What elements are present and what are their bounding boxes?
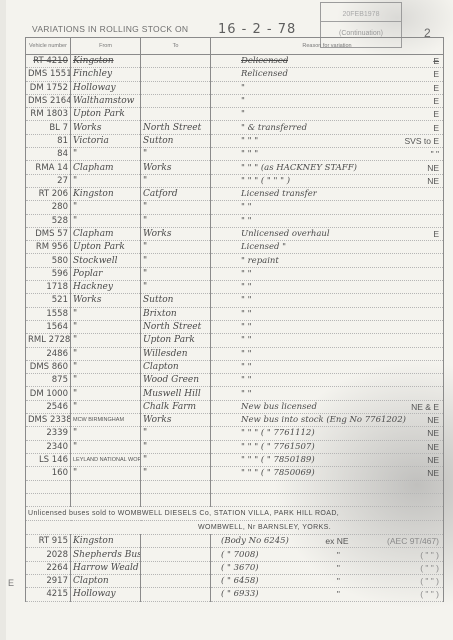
reason-text: " [213,108,245,120]
sold-bus-row: 4215Holloway( " 6933)"( " " ) [26,588,444,601]
reason-cell [211,493,444,506]
table-row: 1718Hackney"" " [26,281,444,294]
from-depot: Clapton [71,574,141,587]
area-code: ex NE [325,535,350,547]
from-depot: Finchley [71,68,141,81]
reason-cell: " " " ( " 7761112)NE [211,427,444,440]
area-code: NE [427,454,441,466]
from-depot: " [71,440,141,453]
area-code: " [337,575,342,587]
to-depot [141,94,211,107]
area-code [439,334,441,346]
reason-text: " " [213,281,252,293]
column-header-to: To [141,38,211,55]
to-depot [141,55,211,68]
reason-cell: ( " 3670)"( " " ) [211,561,444,574]
to-depot: " [141,174,211,187]
reason-text: " " " ( " " " ) [213,175,290,187]
from-depot: Clapham [71,161,141,174]
area-code: E [433,122,441,134]
from-depot: MCW BIRMINGHAM [71,414,141,427]
table-row: DM 1752Holloway"E [26,81,444,94]
reason-text: " " [213,388,252,400]
reason-text: " " " ( " 7761507) [213,441,315,453]
to-depot: Muswell Hill [141,387,211,400]
to-depot: Catford [141,187,211,200]
table-row: 596Poplar"" " [26,267,444,280]
to-depot: " [141,148,211,161]
vehicle-number [26,480,71,493]
vehicle-number: 27 [26,174,71,187]
reason-wrap: " " " (as HACKNEY STAFF)NE [213,162,441,174]
reason-text: Licensed " [213,241,286,253]
reason-text: Licensed transfer [213,188,317,200]
table-row: 280""" " [26,201,444,214]
reason-cell: DelicensedE [211,55,444,68]
reason-cell [211,480,444,493]
from-depot [71,480,141,493]
vehicle-number: RMA 14 [26,161,71,174]
to-depot [141,548,211,561]
reason-cell: New bus into stock (Eng No 7761202)NE [211,414,444,427]
from-depot: " [71,427,141,440]
to-depot [141,493,211,506]
area-code: NE [427,467,441,479]
reason-wrap: " " [213,308,441,320]
from-depot: " [71,320,141,333]
from-depot: " [71,148,141,161]
from-depot: Holloway [71,81,141,94]
reason-cell: " " [211,320,444,333]
vehicle-number: DMS 860 [26,360,71,373]
sale-note-row: WOMBWELL, Nr BARNSLEY, YORKS. [26,521,444,535]
reason-cell: " " [211,387,444,400]
from-depot: Walthamstow [71,94,141,107]
from-depot: " [71,387,141,400]
table-row: 2340""" " " ( " 7761507)NE [26,440,444,453]
vehicle-number: DMS 2338 [26,414,71,427]
vehicle-number [26,493,71,506]
vehicle-number: 2028 [26,548,71,561]
reason-cell: " " [211,201,444,214]
reason-text: Unlicensed overhaul [213,228,330,240]
area-code: E [433,82,441,94]
reason-text: " " " [213,148,258,160]
area-code [439,255,441,267]
reason-cell: "E [211,81,444,94]
reason-wrap: " repaint [213,255,441,267]
sold-bus-row: 2264Harrow Weald( " 3670)"( " " ) [26,561,444,574]
reason-text: Delicensed [213,55,288,67]
reason-wrap: " & transferredE [213,122,441,134]
table-row: RM 956Upton Park"Licensed " [26,241,444,254]
reason-cell: " " " ( " 7850069)NE [211,467,444,480]
area-code [439,241,441,253]
area-code [439,321,441,333]
to-depot [141,561,211,574]
column-header-from: From [71,38,141,55]
reason-text: " " [213,268,252,280]
reason-cell: " repaint [211,254,444,267]
area-code: E [433,95,441,107]
sale-note-line1: Unlicensed buses sold to WOMBWELL DIESEL… [26,507,444,521]
to-depot: Chalk Farm [141,400,211,413]
area-code: SVS to E [405,135,442,147]
vehicle-number: 81 [26,134,71,147]
reason-wrap: ( " 6458)"( " " ) [213,575,441,587]
table-row: DMS 1551FinchleyRelicensedE [26,68,444,81]
sale-note-row: Unlicensed buses sold to WOMBWELL DIESEL… [26,507,444,521]
reason-text: " " " ( " 7850069) [213,467,315,479]
table-row: 160""" " " ( " 7850069)NE [26,467,444,480]
rolling-stock-table: Vehicle number From To Reason for variat… [25,37,444,602]
area-code: NE [427,441,441,453]
reason-wrap: Licensed transfer [213,188,441,200]
reason-text: " [213,82,245,94]
body-number: ( " 6933) [213,588,259,600]
from-depot: " [71,400,141,413]
reason-wrap: " " [213,374,441,386]
table-row: 2339""" " " ( " 7761112)NE [26,427,444,440]
to-depot: Sutton [141,294,211,307]
vehicle-number: 580 [26,254,71,267]
to-depot: " [141,254,211,267]
reason-cell: ( " 7008)"( " " ) [211,548,444,561]
to-depot [141,81,211,94]
table-row [26,480,444,493]
reason-text: " " [213,294,252,306]
reason-text: " " [213,361,252,373]
table-row: 875"Wood Green" " [26,374,444,387]
chassis-note: (AEC 9T/467) [387,535,441,547]
reason-wrap: New bus licensedNE & E [213,401,441,413]
to-depot: " [141,267,211,280]
reason-cell: " " " ( " 7761507)NE [211,440,444,453]
reason-cell: " " [211,307,444,320]
vehicle-number: 1558 [26,307,71,320]
from-depot: Kingston [71,55,141,68]
from-depot [71,493,141,506]
reason-cell: " " [211,294,444,307]
to-depot: Wood Green [141,374,211,387]
reason-wrap: " " [213,268,441,280]
from-depot: " [71,201,141,214]
vehicle-number: DM 1752 [26,81,71,94]
to-depot: North Street [141,121,211,134]
area-code [439,294,441,306]
area-code [439,374,441,386]
vehicle-number: 2917 [26,574,71,587]
from-depot: " [71,174,141,187]
reason-wrap: "E [213,82,441,94]
reason-wrap: " " [213,215,441,227]
reason-text: Relicensed [213,68,288,80]
area-code [439,388,441,400]
area-code: E [433,228,441,240]
table-row: RMA 14ClaphamWorks" " " (as HACKNEY STAF… [26,161,444,174]
margin-annotation: E [8,578,14,588]
vehicle-number: 1718 [26,281,71,294]
vehicle-number: LS 146 [26,453,71,466]
reason-text: " " [213,334,252,346]
reason-wrap: " " [213,361,441,373]
to-depot: Willesden [141,347,211,360]
reason-cell: " " [211,267,444,280]
area-code [439,188,441,200]
table-row: RML 2728"Upton Park" " [26,334,444,347]
from-depot: " [71,360,141,373]
reason-cell: Licensed " [211,241,444,254]
area-code: NE [427,427,441,439]
table-row: 81VictoriaSutton" " "SVS to E [26,134,444,147]
reason-text: " " [213,308,252,320]
reason-cell: " & transferredE [211,121,444,134]
reason-cell: " " [211,360,444,373]
reason-cell: " " [211,214,444,227]
to-depot: Sutton [141,134,211,147]
to-depot: " [141,214,211,227]
stamp-label: (Continuation) [321,30,401,37]
vehicle-number: RM 956 [26,241,71,254]
reason-wrap: " " " ( " 7761112)NE [213,427,441,439]
reason-cell: " " "SVS to E [211,134,444,147]
from-depot: Clapham [71,227,141,240]
vehicle-number: RT 915 [26,535,71,548]
reason-cell: " " " (as HACKNEY STAFF)NE [211,161,444,174]
reason-text: " " [213,321,252,333]
table-row [26,493,444,506]
from-depot: Hackney [71,281,141,294]
stamp-date: 20FEB1978 [321,11,401,22]
table-row: 1564"North Street" " [26,320,444,333]
area-code: NE [427,414,441,426]
to-depot: North Street [141,320,211,333]
sale-note-text: WOMBWELL, Nr BARNSLEY, YORKS. [28,524,331,531]
to-depot: Brixton [141,307,211,320]
entry-date: 16 - 2 - 78 [218,22,296,37]
area-code: " " [431,148,441,160]
from-depot: " [71,374,141,387]
vehicle-number: 2339 [26,427,71,440]
reason-text: " " " (as HACKNEY STAFF) [213,162,357,174]
reason-text: New bus into stock (Eng No 7761202) [213,414,406,426]
area-code [439,268,441,280]
from-depot: LEYLAND NATIONAL WORKINGTON [71,453,141,466]
to-depot [141,588,211,601]
vehicle-number: 280 [26,201,71,214]
sale-note-line2: WOMBWELL, Nr BARNSLEY, YORKS. [26,521,444,535]
table-row: RT 206KingstonCatfordLicensed transfer [26,187,444,200]
reason-wrap: ( " 7008)"( " " ) [213,549,441,561]
area-code: E [433,55,441,67]
column-header-reason: Reason for variation [211,38,444,55]
from-depot: " [71,307,141,320]
to-depot [141,68,211,81]
vehicle-number: RML 2728 [26,334,71,347]
reason-text: New bus licensed [213,401,317,413]
area-code [439,308,441,320]
body-number: ( " 7008) [213,549,259,561]
reason-wrap: Unlicensed overhaulE [213,228,441,240]
reason-cell: Licensed transfer [211,187,444,200]
reason-cell: ( " 6933)"( " " ) [211,588,444,601]
vehicle-number: RT 206 [26,187,71,200]
vehicle-number: 84 [26,148,71,161]
area-code [439,348,441,360]
from-depot: Holloway [71,588,141,601]
reason-wrap: " " [213,334,441,346]
reason-wrap: " " " ( " 7850069)NE [213,467,441,479]
reason-wrap: ( " 3670)"( " " ) [213,562,441,574]
reason-wrap: " " "" " [213,148,441,160]
vehicle-number: DM 1000 [26,387,71,400]
from-depot: Harrow Weald [71,561,141,574]
sold-bus-row: 2917Clapton( " 6458)"( " " ) [26,574,444,587]
to-depot: " [141,467,211,480]
reason-cell: " " " ( " " " )NE [211,174,444,187]
reason-wrap: " " [213,388,441,400]
from-depot: " [71,334,141,347]
reason-wrap: (Body No 6245)ex NE(AEC 9T/467) [213,535,441,547]
reason-text: " " " ( " 7850189) [213,454,315,466]
reason-cell: " " [211,281,444,294]
sale-note-text: Unlicensed buses sold to WOMBWELL DIESEL… [28,510,339,517]
to-depot [141,535,211,548]
area-code: E [433,68,441,80]
vehicle-number: BL 7 [26,121,71,134]
table-row: 580Stockwell"" repaint [26,254,444,267]
reason-text: " " [213,348,252,360]
reason-wrap: " " [213,294,441,306]
table-row: 2546"Chalk FarmNew bus licensedNE & E [26,400,444,413]
to-depot: Upton Park [141,334,211,347]
area-code [439,361,441,373]
reason-text: " & transferred [213,122,307,134]
reason-cell: " " [211,374,444,387]
table-row: 84""" " "" " [26,148,444,161]
reason-wrap: "E [213,108,441,120]
vehicle-number: 2486 [26,347,71,360]
reason-wrap: ( " 6933)"( " " ) [213,588,441,600]
area-code: E [433,108,441,120]
reason-cell: New bus licensedNE & E [211,400,444,413]
from-depot: " [71,214,141,227]
form-title: VARIATIONS IN ROLLING STOCK ON [32,24,188,34]
to-depot: Works [141,161,211,174]
reason-wrap: " " [213,201,441,213]
vehicle-number: RM 1803 [26,108,71,121]
from-depot: Works [71,121,141,134]
reason-cell: " " " ( " 7850189)NE [211,453,444,466]
table-row: 27""" " " ( " " " )NE [26,174,444,187]
vehicle-number: 4215 [26,588,71,601]
area-code: " [337,588,342,600]
from-depot: Kingston [71,535,141,548]
table-header-row: Vehicle number From To Reason for variat… [26,38,444,55]
vehicle-number: 528 [26,214,71,227]
column-header-vehicle: Vehicle number [26,38,71,55]
table-row: 521WorksSutton" " [26,294,444,307]
table-row: DMS 57ClaphamWorksUnlicensed overhaulE [26,227,444,240]
from-depot: Victoria [71,134,141,147]
vehicle-number: DMS 2164 [26,94,71,107]
sold-bus-row: 2028Shepherds Bush( " 7008)"( " " ) [26,548,444,561]
vehicle-number: 2546 [26,400,71,413]
area-code [439,281,441,293]
reason-wrap: " " [213,281,441,293]
vehicle-number: 2264 [26,561,71,574]
reason-cell: " " [211,334,444,347]
chassis-note: ( " " ) [420,562,441,574]
to-depot [141,574,211,587]
vehicle-number: 2340 [26,440,71,453]
reason-cell: " " [211,347,444,360]
area-code: " [337,562,342,574]
table-row: DM 1000"Muswell Hill" " [26,387,444,400]
table-row: 2486"Willesden" " [26,347,444,360]
reason-cell: ( " 6458)"( " " ) [211,574,444,587]
vehicle-number: 596 [26,267,71,280]
to-depot: " [141,440,211,453]
from-depot: " [71,347,141,360]
table-row: DMS 860"Clapton" " [26,360,444,373]
area-code [439,215,441,227]
from-depot: Upton Park [71,241,141,254]
chassis-note: ( " " ) [420,575,441,587]
vehicle-number: 160 [26,467,71,480]
reason-text: " repaint [213,255,279,267]
table-row: LS 146LEYLAND NATIONAL WORKINGTON"" " " … [26,453,444,466]
reason-cell: "E [211,94,444,107]
table-row: 1558"Brixton" " [26,307,444,320]
area-code: " [337,549,342,561]
chassis-note: ( " " ) [420,588,441,600]
vehicle-number: DMS 1551 [26,68,71,81]
reason-cell: Unlicensed overhaulE [211,227,444,240]
reason-wrap: New bus into stock (Eng No 7761202)NE [213,414,441,426]
reason-cell: (Body No 6245)ex NE(AEC 9T/467) [211,535,444,548]
vehicle-number: 1564 [26,320,71,333]
table-row: 528""" " [26,214,444,227]
reason-wrap: " " [213,321,441,333]
reason-cell: RelicensedE [211,68,444,81]
table-row: DMS 2164Walthamstow"E [26,94,444,107]
reason-text: " " [213,215,252,227]
to-depot: Works [141,414,211,427]
area-code: NE [427,162,441,174]
vehicle-number: 875 [26,374,71,387]
from-depot: Upton Park [71,108,141,121]
to-depot: Works [141,227,211,240]
vehicle-number: DMS 57 [26,227,71,240]
to-depot: " [141,201,211,214]
vehicle-number: RT 4210 [26,55,71,68]
to-depot: " [141,453,211,466]
body-number: (Body No 6245) [213,535,289,547]
from-depot: Kingston [71,187,141,200]
table-row: BL 7WorksNorth Street" & transferredE [26,121,444,134]
to-depot: " [141,427,211,440]
from-depot: Stockwell [71,254,141,267]
from-depot: Works [71,294,141,307]
to-depot [141,480,211,493]
area-code: NE [427,175,441,187]
chassis-note: ( " " ) [420,549,441,561]
area-code: NE & E [411,401,441,413]
from-depot: " [71,467,141,480]
reason-wrap: " " [213,348,441,360]
to-depot [141,108,211,121]
